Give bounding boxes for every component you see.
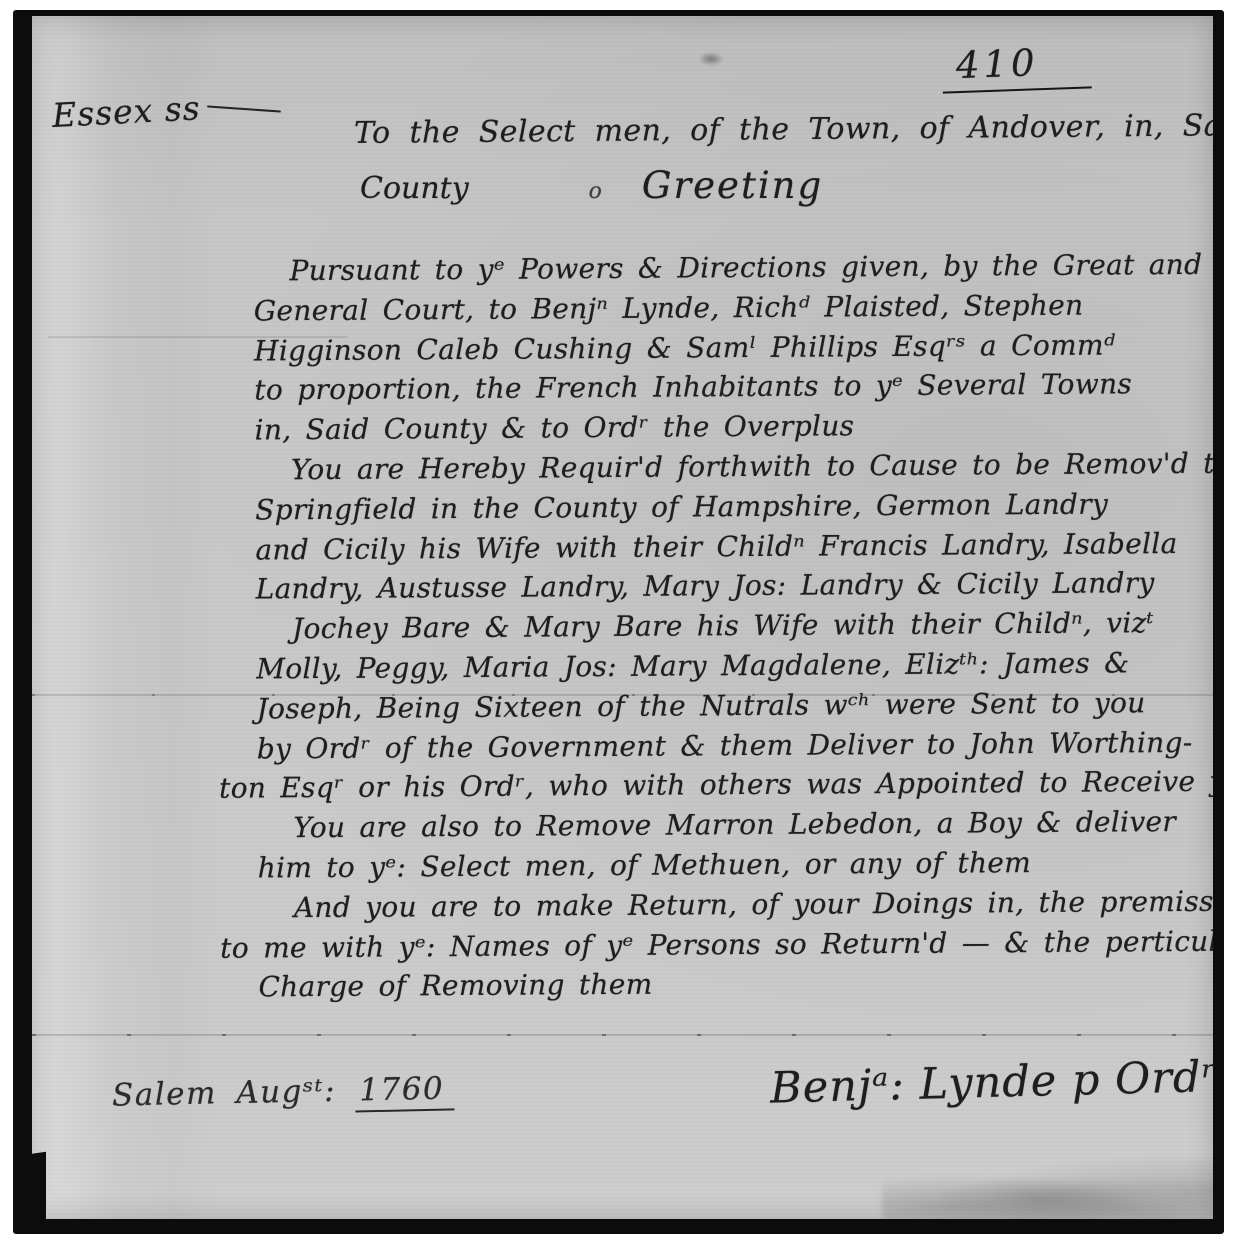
letter-body: Pursuant to yᵉ Powers & Directions given…: [253, 245, 1213, 1008]
salutation-line-1: To the Select men, of the Town, of Andov…: [354, 108, 1213, 151]
body-line: ton Esqʳ or his Ordʳ, who with others wa…: [219, 762, 1213, 809]
dateline: Salem Augˢᵗ: 1760: [112, 1070, 455, 1113]
body-line: You are also to Remove Marron Lebedon, a…: [257, 802, 1213, 849]
body-line: Jochey Bare & Mary Bare his Wife with th…: [256, 603, 1213, 650]
salutation-line-2: CountyoGreeting: [360, 164, 823, 207]
fold-crease-lower: [32, 1034, 1213, 1036]
salutation-greeting: Greeting: [642, 164, 823, 207]
signature: Benjᵃ: Lynde p Ordʳ: [769, 1039, 1213, 1116]
manuscript-paper: Essex ss 410 To the Select men, of the T…: [32, 16, 1213, 1219]
body-line: Springfield in the County of Hampshire, …: [255, 483, 1213, 530]
salutation-county: County: [360, 171, 469, 206]
body-line: Joseph, Being Sixteen of the Nutrals wᶜʰ…: [256, 682, 1213, 729]
margin-note: Essex ss: [51, 84, 281, 135]
scan-edge-border: Essex ss 410 To the Select men, of the T…: [13, 10, 1224, 1234]
bleedthrough-smudge: [882, 1156, 1213, 1219]
ink-smudge: [698, 52, 724, 66]
body-line: General Court, to Benjⁿ Lynde, Richᵈ Pla…: [254, 284, 1213, 331]
body-line: Landry, Austusse Landry, Mary Jos: Landr…: [256, 563, 1213, 610]
body-line: in, Said County & to Ordʳ the Overplus: [254, 404, 1213, 451]
body-line: to me with yᵉ: Names of yᵉ Persons so Re…: [220, 921, 1213, 968]
margin-note-text: Essex ss: [51, 88, 201, 135]
signature-text: Benjᵃ: Lynde p Ordʳ: [770, 1052, 1213, 1114]
body-line: and Cicily his Wife with their Childⁿ Fr…: [255, 523, 1213, 570]
body-line: Charge of Removing them: [258, 961, 1213, 1008]
body-line: Higginson Caleb Cushing & Samˡ Phillips …: [254, 324, 1213, 371]
body-line: him to yᵉ: Select men, of Methuen, or an…: [258, 842, 1213, 889]
body-line: to proportion, the French Inhabitants to…: [254, 364, 1213, 411]
body-line: And you are to make Return, of your Doin…: [258, 881, 1213, 928]
salutation-flourish-mark: o: [469, 179, 642, 204]
body-line: Pursuant to yᵉ Powers & Directions given…: [253, 245, 1213, 292]
body-line: You are Hereby Requir'd forthwith to Cau…: [255, 444, 1213, 491]
scan-corner-shadow: [32, 1152, 46, 1219]
dateline-place-month: Salem Augˢᵗ:: [112, 1073, 337, 1114]
body-line: by Ordʳ of the Government & them Deliver…: [257, 722, 1213, 769]
page-number: 410: [941, 39, 1091, 93]
pen-flourish-dash: [207, 105, 281, 113]
dateline-year: 1760: [355, 1070, 455, 1112]
body-line: Molly, Peggy, Maria Jos: Mary Magdalene,…: [256, 643, 1213, 690]
